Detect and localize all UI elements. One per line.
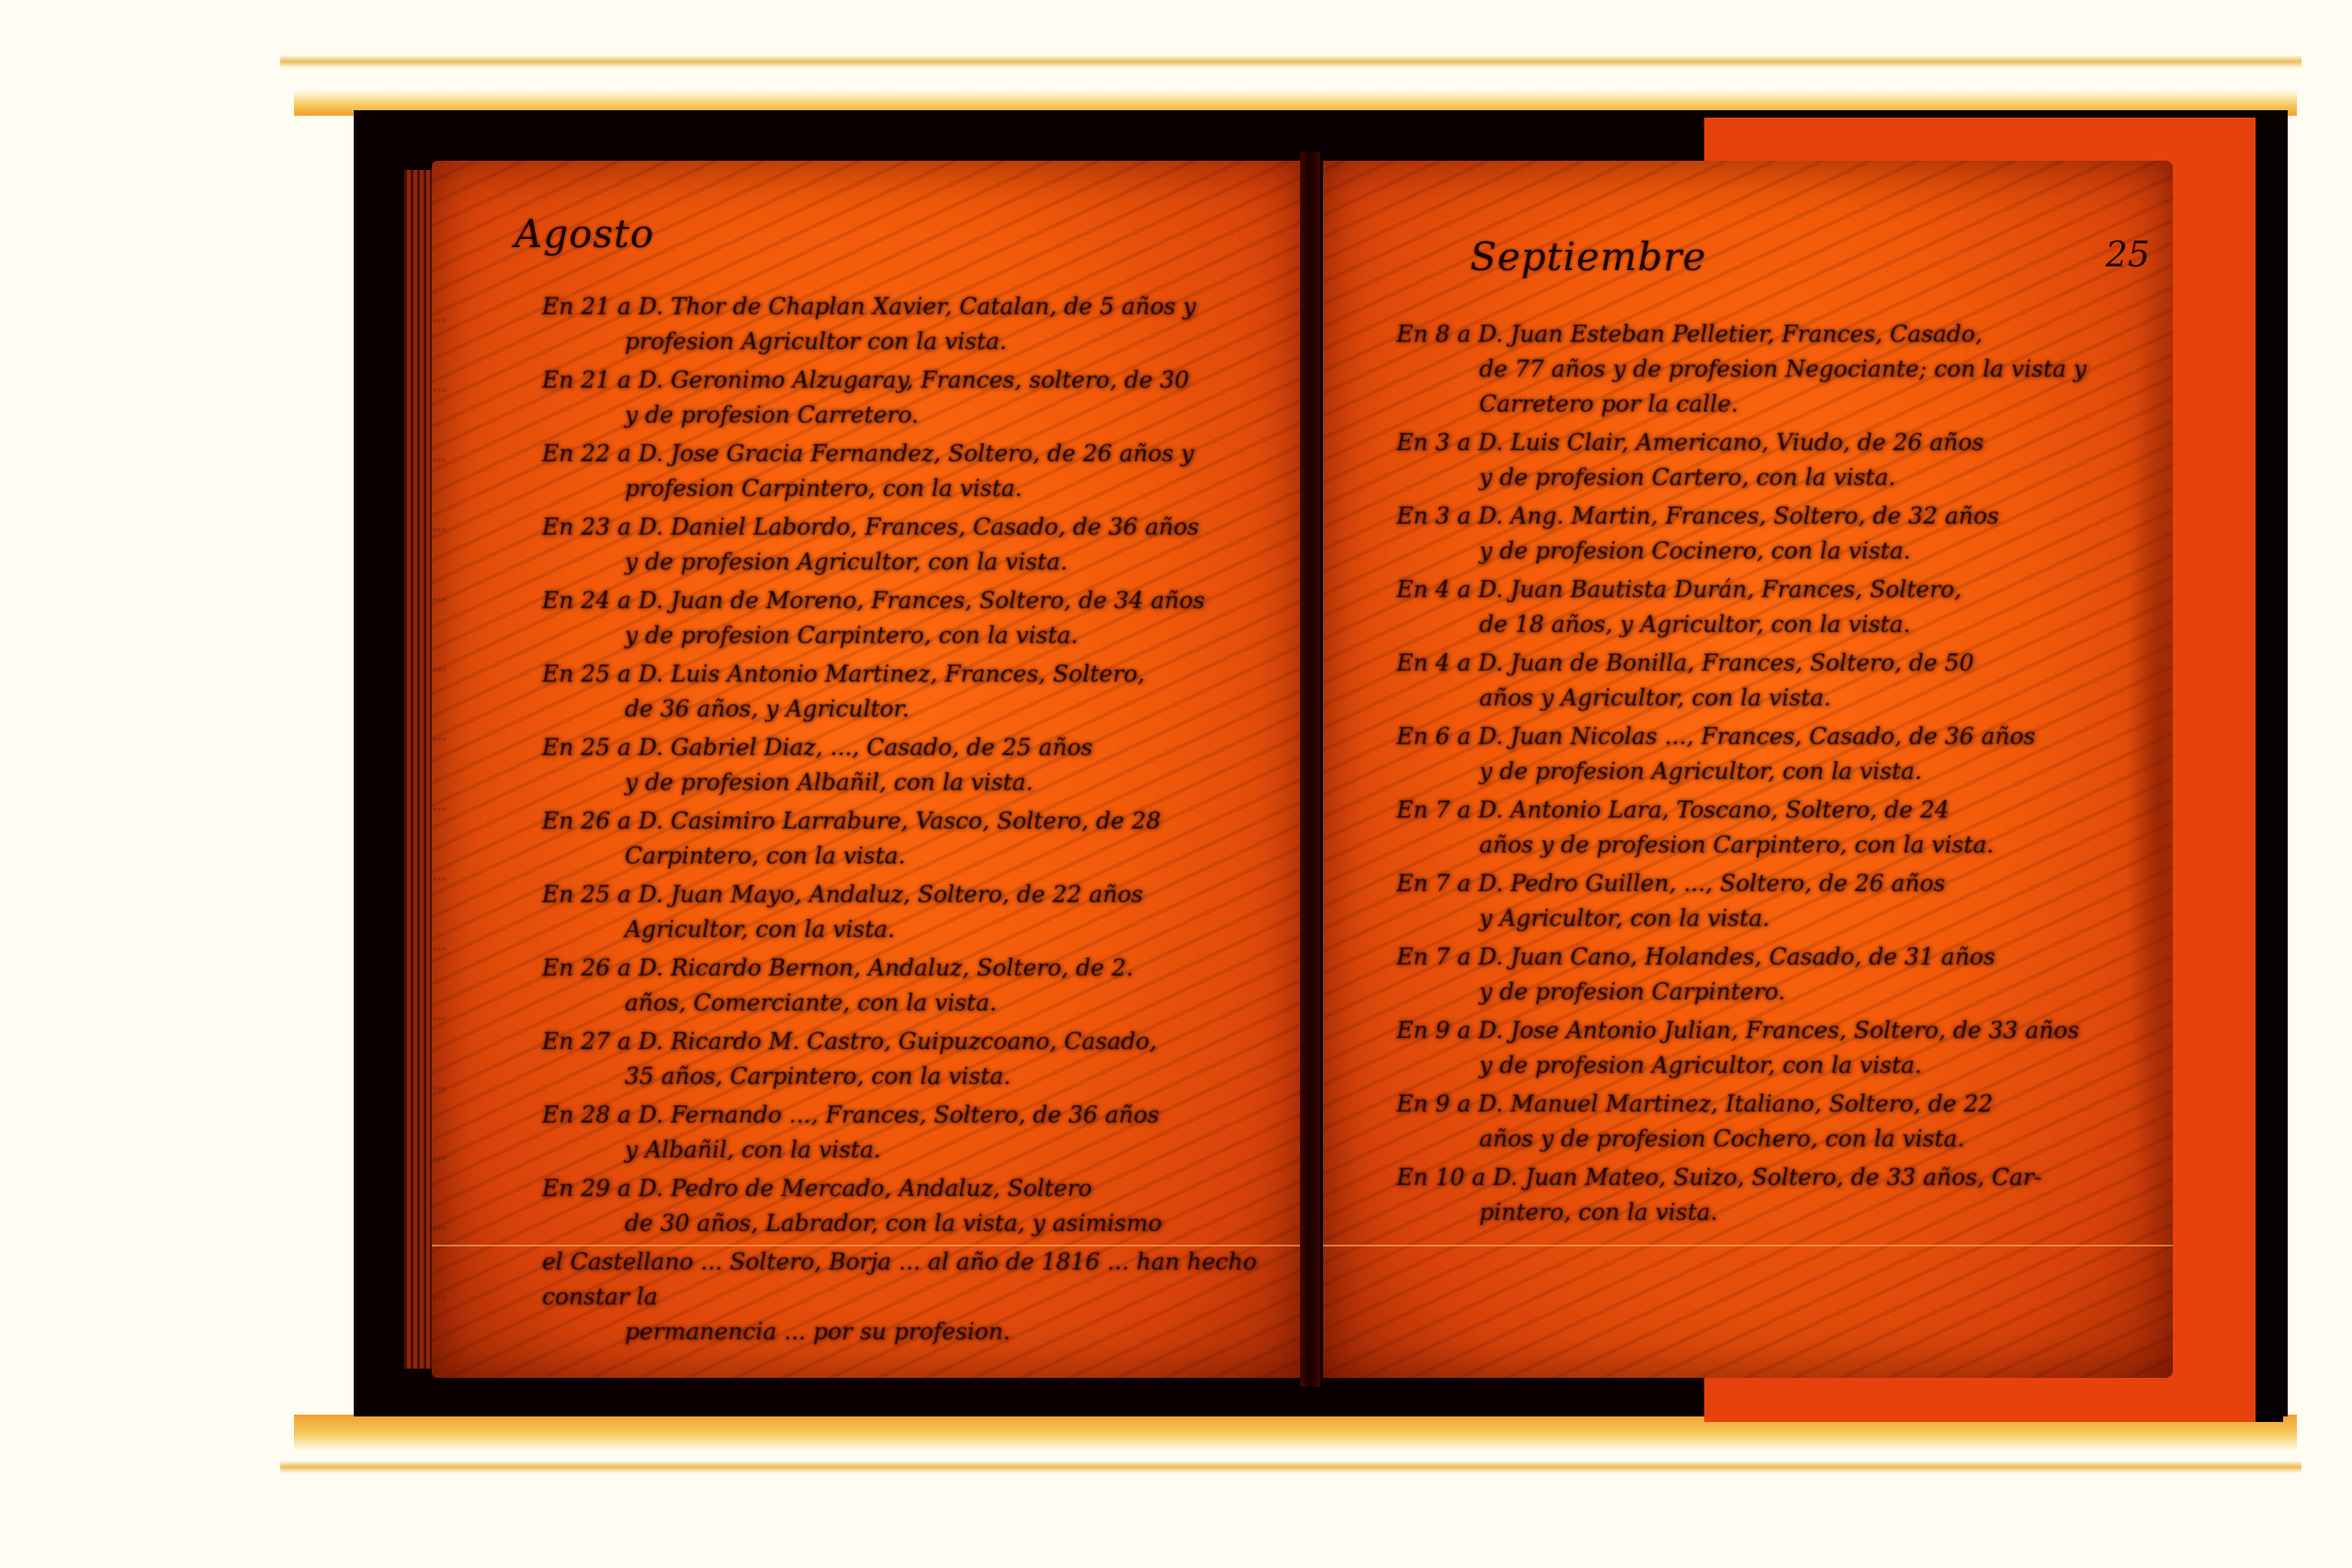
- register-entry: En 21 a D. Thor de Chaplan Xavier, Catal…: [542, 289, 1268, 359]
- register-entry: En 4 a D. Juan de Bonilla, Frances, Solt…: [1396, 646, 2136, 716]
- book-gutter: [1300, 152, 1320, 1387]
- entry-line: En 4 a D. Juan de Bonilla, Frances, Solt…: [1396, 649, 1973, 676]
- entry-line: En 27 a D. Ricardo M. Castro, Guipuzcoan…: [542, 1028, 1157, 1055]
- register-entry: En 7 a D. Juan Cano, Holandes, Casado, d…: [1396, 940, 2136, 1010]
- entry-line: En 8 a D. Juan Esteban Pelletier, France…: [1396, 321, 1983, 347]
- entry-continuation: y de profesion Cartero, con la vista.: [1396, 460, 2136, 495]
- entry-line: En 25 a D. Juan Mayo, Andaluz, Soltero, …: [542, 881, 1143, 908]
- entry-continuation: y de profesion Albañil, con la vista.: [542, 765, 1268, 800]
- entry-continuation: y de profesion Carretero.: [542, 398, 1268, 433]
- entry-continuation: años y de profesion Carpintero, con la v…: [1396, 828, 2136, 863]
- film-edge-top: [280, 55, 2301, 68]
- margin-note: ...: [432, 1215, 542, 1285]
- register-entry: En 24 a D. Juan de Moreno, Frances, Solt…: [542, 583, 1268, 653]
- margin-note: ...: [432, 447, 542, 517]
- entry-continuation: años, Comerciante, con la vista.: [542, 986, 1268, 1021]
- register-entry: En 7 a D. Antonio Lara, Toscano, Soltero…: [1396, 793, 2136, 863]
- entry-line: En 29 a D. Pedro de Mercado, Andaluz, So…: [542, 1175, 1092, 1201]
- entry-line: En 21 a D. Thor de Chaplan Xavier, Catal…: [542, 293, 1196, 320]
- register-entry: En 9 a D. Manuel Martinez, Italiano, Sol…: [1396, 1087, 2136, 1156]
- entry-line: En 26 a D. Casimiro Larrabure, Vasco, So…: [542, 807, 1160, 834]
- register-entry: En 3 a D. Luis Clair, Americano, Viudo, …: [1396, 425, 2136, 495]
- entry-continuation: profesion Carpintero, con la vista.: [542, 471, 1268, 506]
- entry-line: En 28 a D. Fernando ..., Frances, Solter…: [542, 1101, 1159, 1128]
- entry-continuation: de 30 años, Labrador, con la vista, y as…: [542, 1206, 1268, 1241]
- entry-line: En 4 a D. Juan Bautista Durán, Frances, …: [1396, 576, 1962, 603]
- left-page-heading: Agosto: [514, 211, 654, 256]
- margin-note: ...: [432, 517, 542, 587]
- open-register-book: Agosto .................................…: [404, 161, 2182, 1378]
- entry-line: el Castellano ... Soltero, Borja ... al …: [542, 1248, 1257, 1310]
- entry-line: En 24 a D. Juan de Moreno, Frances, Solt…: [542, 587, 1204, 614]
- register-entry: En 25 a D. Gabriel Diaz, ..., Casado, de…: [542, 730, 1268, 800]
- margin-note: ...: [432, 1145, 542, 1215]
- margin-note: ...: [432, 308, 542, 378]
- register-entry: En 25 a D. Luis Antonio Martinez, France…: [542, 657, 1268, 727]
- entry-continuation: y de profesion Agricultor, con la vista.: [1396, 1048, 2136, 1083]
- register-entry: En 27 a D. Ricardo M. Castro, Guipuzcoan…: [542, 1024, 1268, 1094]
- register-entry: En 21 a D. Geronimo Alzugaray, Frances, …: [542, 363, 1268, 433]
- entry-line: En 7 a D. Pedro Guillen, ..., Soltero, d…: [1396, 870, 1945, 897]
- left-page-entries: En 21 a D. Thor de Chaplan Xavier, Catal…: [542, 289, 1268, 1353]
- entry-continuation: años y Agricultor, con la vista.: [1396, 681, 2136, 716]
- entry-continuation: y de profesion Carpintero, con la vista.: [542, 618, 1268, 653]
- margin-note: ...: [432, 657, 542, 727]
- register-entry: En 22 a D. Jose Gracia Fernandez, Solter…: [542, 436, 1268, 506]
- right-page: Septiembre 25 En 8 a D. Juan Esteban Pel…: [1323, 161, 2173, 1378]
- entry-line: En 6 a D. Juan Nicolas ..., Frances, Cas…: [1396, 723, 2035, 750]
- left-margin-notes: ........................................…: [432, 308, 542, 1355]
- register-entry: En 8 a D. Juan Esteban Pelletier, France…: [1396, 317, 2136, 422]
- register-entry: En 29 a D. Pedro de Mercado, Andaluz, So…: [542, 1171, 1268, 1241]
- folio-number: 25: [2106, 234, 2150, 275]
- entry-line: En 10 a D. Juan Mateo, Suizo, Soltero, d…: [1396, 1164, 2041, 1190]
- scan-frame-right-bar: [2256, 118, 2283, 1422]
- entry-line: En 23 a D. Daniel Labordo, Frances, Casa…: [542, 513, 1199, 540]
- margin-note: ...: [432, 378, 542, 447]
- entry-continuation: y de profesion Carpintero.: [1396, 975, 2136, 1010]
- entry-continuation: pintero, con la vista.: [1396, 1195, 2136, 1230]
- margin-note: ...: [432, 796, 542, 866]
- left-page: Agosto .................................…: [432, 161, 1305, 1378]
- entry-continuation: y de profesion Cocinero, con la vista.: [1396, 534, 2136, 569]
- entry-continuation: años y de profesion Cochero, con la vist…: [1396, 1122, 2136, 1156]
- entry-continuation: de 77 años y de profesion Negociante; co…: [1396, 352, 2136, 422]
- margin-note: ...: [432, 1285, 542, 1355]
- page-crease: [432, 1245, 1305, 1247]
- entry-continuation: 35 años, Carpintero, con la vista.: [542, 1059, 1268, 1094]
- entry-continuation: y Albañil, con la vista.: [542, 1133, 1268, 1168]
- margin-note: ...: [432, 727, 542, 796]
- page-crease: [1323, 1245, 2173, 1247]
- register-entry: En 26 a D. Casimiro Larrabure, Vasco, So…: [542, 804, 1268, 874]
- register-entry: En 28 a D. Fernando ..., Frances, Solter…: [542, 1098, 1268, 1168]
- register-entry: En 3 a D. Ang. Martin, Frances, Soltero,…: [1396, 499, 2136, 569]
- entry-line: En 7 a D. Antonio Lara, Toscano, Soltero…: [1396, 796, 1950, 823]
- margin-note: ...: [432, 1076, 542, 1145]
- register-entry: En 6 a D. Juan Nicolas ..., Frances, Cas…: [1396, 719, 2136, 789]
- entry-line: En 7 a D. Juan Cano, Holandes, Casado, d…: [1396, 943, 1996, 970]
- entry-continuation: Agricultor, con la vista.: [542, 912, 1268, 947]
- entry-line: En 26 a D. Ricardo Bernon, Andaluz, Solt…: [542, 954, 1134, 981]
- right-page-entries: En 8 a D. Juan Esteban Pelletier, France…: [1396, 317, 2136, 1234]
- entry-line: En 9 a D. Manuel Martinez, Italiano, Sol…: [1396, 1090, 1993, 1117]
- register-entry: En 23 a D. Daniel Labordo, Frances, Casa…: [542, 510, 1268, 580]
- entry-continuation: profesion Agricultor con la vista.: [542, 324, 1268, 359]
- register-entry: En 25 a D. Juan Mayo, Andaluz, Soltero, …: [542, 877, 1268, 947]
- margin-note: ...: [432, 866, 542, 936]
- entry-continuation: permanencia ... por su profesion.: [542, 1314, 1268, 1349]
- entry-continuation: de 36 años, y Agricultor.: [542, 692, 1268, 727]
- margin-note: ...: [432, 587, 542, 657]
- entry-continuation: y de profesion Agricultor, con la vista.: [1396, 754, 2136, 789]
- register-entry: En 4 a D. Juan Bautista Durán, Frances, …: [1396, 572, 2136, 642]
- entry-line: En 22 a D. Jose Gracia Fernandez, Solter…: [542, 440, 1193, 467]
- register-entry: En 26 a D. Ricardo Bernon, Andaluz, Solt…: [542, 951, 1268, 1021]
- register-entry: En 7 a D. Pedro Guillen, ..., Soltero, d…: [1396, 866, 2136, 936]
- entry-continuation: y de profesion Agricultor, con la vista.: [542, 545, 1268, 580]
- entry-line: En 25 a D. Luis Antonio Martinez, France…: [542, 660, 1145, 687]
- entry-continuation: de 18 años, y Agricultor, con la vista.: [1396, 607, 2136, 642]
- entry-line: En 3 a D. Luis Clair, Americano, Viudo, …: [1396, 429, 1984, 456]
- margin-note: ...: [432, 1006, 542, 1076]
- register-entry: En 9 a D. Jose Antonio Julian, Frances, …: [1396, 1013, 2136, 1083]
- entry-continuation: y Agricultor, con la vista.: [1396, 901, 2136, 936]
- entry-line: En 21 a D. Geronimo Alzugaray, Frances, …: [542, 367, 1189, 393]
- film-edge-bottom: [280, 1461, 2301, 1473]
- margin-note: ...: [432, 936, 542, 1006]
- register-entry: el Castellano ... Soltero, Borja ... al …: [542, 1245, 1268, 1349]
- right-page-heading: Septiembre: [1470, 234, 1706, 279]
- register-entry: En 10 a D. Juan Mateo, Suizo, Soltero, d…: [1396, 1160, 2136, 1230]
- entry-continuation: Carpintero, con la vista.: [542, 839, 1268, 874]
- entry-line: En 25 a D. Gabriel Diaz, ..., Casado, de…: [542, 734, 1092, 761]
- entry-line: En 3 a D. Ang. Martin, Frances, Soltero,…: [1396, 502, 1999, 529]
- entry-line: En 9 a D. Jose Antonio Julian, Frances, …: [1396, 1017, 2079, 1043]
